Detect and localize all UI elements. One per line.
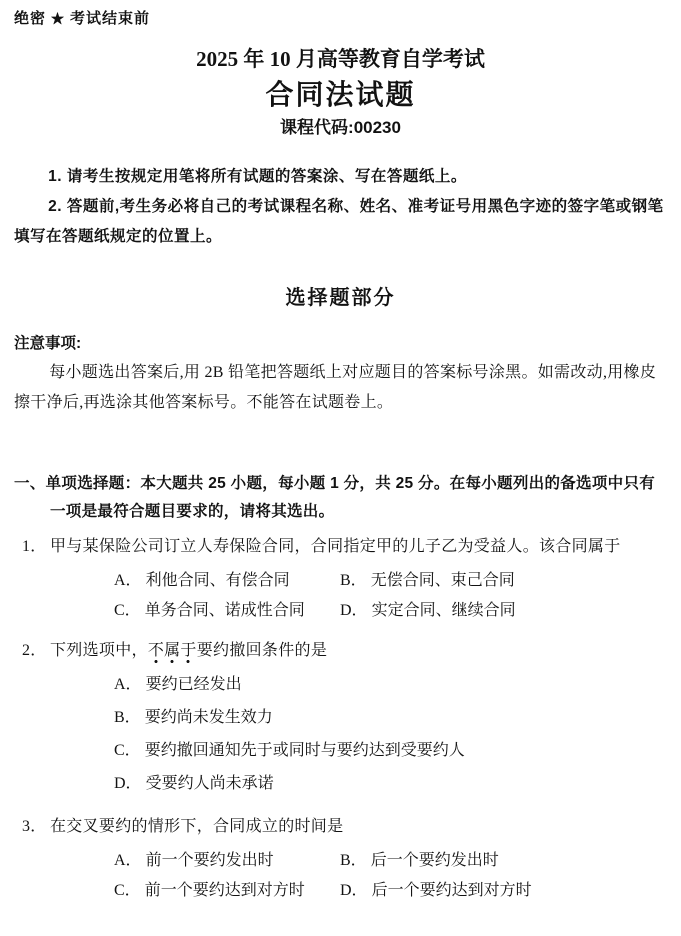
section-intro: 单项选择题：本大题共 25 小题，每小题 1 分，共 25 分。在每小题列出的备… [46,475,655,520]
course-code: 课程代码:00230 [14,116,667,140]
option-label: B． [340,572,371,589]
exam-session-title: 2025 年 10 月高等教育自学考试 [14,44,667,74]
question-2-stem-emphasized: 不属于 [148,642,197,664]
question-1-stem: 甲与某保险公司订立人寿保险合同，合同指定甲的儿子乙为受益人。该合同属于 [50,538,621,555]
option-label: D． [114,775,146,792]
notice-text: 每小题选出答案后,用 2B 铅笔把答题纸上对应题目的答案标号涂黑。如需改动,用橡… [14,358,667,418]
question-2-stem-suffix: 要约撤回条件的是 [197,642,327,659]
question-1-option-b: B．无偿合同、束己合同 [340,566,667,596]
option-text: 无偿合同、束己合同 [371,572,515,589]
question-3-option-c: C．前一个要约达到对方时 [114,876,340,906]
question-1-options: A．利他合同、有偿合同 B．无偿合同、束己合同 C．单务合同、诺成性合同 D．实… [14,566,667,626]
option-label: D． [340,882,372,899]
question-3-stem: 在交叉要约的情形下，合同成立的时间是 [50,818,343,835]
option-text: 受要约人尚未承诺 [146,775,274,792]
question-3-option-d: D．后一个要约达到对方时 [340,876,667,906]
option-text: 实定合同、继续合同 [372,602,516,619]
question-1: 1．甲与某保险公司订立人寿保险合同，合同指定甲的儿子乙为受益人。该合同属于 A．… [14,534,667,626]
question-1-option-d: D．实定合同、继续合同 [340,596,667,626]
option-label: A． [114,852,146,869]
question-2-stem-row: 2．下列选项中，不属于要约撤回条件的是 [14,638,667,664]
option-text: 前一个要约达到对方时 [145,882,305,899]
option-label: C． [114,742,145,759]
option-label: C． [114,602,145,619]
option-label: C． [114,882,145,899]
question-2-options: A．要约已经发出 B．要约尚未发生效力 C．要约撤回通知先于或同时与要约达到受要… [14,668,667,800]
option-label: A． [114,572,146,589]
question-2: 2．下列选项中，不属于要约撤回条件的是 A．要约已经发出 B．要约尚未发生效力 … [14,638,667,800]
question-3-stem-row: 3．在交叉要约的情形下，合同成立的时间是 [14,814,667,840]
general-instructions: 1. 请考生按规定用笔将所有试题的答案涂、写在答题纸上。 2. 答题前,考生务必… [14,162,667,252]
question-2-option-b: B．要约尚未发生效力 [114,701,667,734]
classification-banner: 绝密★考试结束前 [14,8,667,30]
option-label: B． [340,852,371,869]
exam-paper-page: 绝密★考试结束前 2025 年 10 月高等教育自学考试 合同法试题 课程代码:… [0,0,681,936]
option-text: 后一个要约达到对方时 [372,882,532,899]
option-text: 要约尚未发生效力 [145,709,273,726]
secret-label: 绝密 [14,10,46,27]
option-label: D． [340,602,372,619]
question-2-number: 2． [22,638,50,664]
section-marker: 一、 [14,475,46,492]
star-icon: ★ [46,11,70,26]
instruction-item-2: 2. 答题前,考生务必将自己的考试课程名称、姓名、准考证号用黑色字迹的签字笔或钢… [14,192,667,252]
question-2-option-c: C．要约撤回通知先于或同时与要约达到受要约人 [114,734,667,767]
question-3-option-b: B．后一个要约发出时 [340,846,667,876]
question-3-number: 3． [22,814,50,840]
option-text: 后一个要约发出时 [371,852,499,869]
option-text: 要约撤回通知先于或同时与要约达到受要约人 [145,742,465,759]
question-2-option-a: A．要约已经发出 [114,668,667,701]
question-2-stem-prefix: 下列选项中， [50,642,148,659]
option-label: B． [114,709,145,726]
question-1-stem-row: 1．甲与某保险公司订立人寿保险合同，合同指定甲的儿子乙为受益人。该合同属于 [14,534,667,560]
paper-title: 合同法试题 [14,76,667,114]
option-label: A． [114,676,146,693]
question-1-option-a: A．利他合同、有偿合同 [114,566,340,596]
option-text: 前一个要约发出时 [146,852,274,869]
question-2-option-d: D．受要约人尚未承诺 [114,767,667,800]
question-1-number: 1． [22,534,50,560]
choice-section-heading: 选择题部分 [14,284,667,312]
option-text: 要约已经发出 [146,676,242,693]
question-3-option-a: A．前一个要约发出时 [114,846,340,876]
notice-label: 注意事项: [14,332,667,356]
option-text: 利他合同、有偿合同 [146,572,290,589]
timing-label: 考试结束前 [70,10,150,27]
option-text: 单务合同、诺成性合同 [145,602,305,619]
question-3-options: A．前一个要约发出时 B．后一个要约发出时 C．前一个要约达到对方时 D．后一个… [14,846,667,906]
instruction-item-1: 1. 请考生按规定用笔将所有试题的答案涂、写在答题纸上。 [14,162,667,192]
section-one-heading: 一、单项选择题：本大题共 25 小题，每小题 1 分，共 25 分。在每小题列出… [14,470,667,526]
question-3: 3．在交叉要约的情形下，合同成立的时间是 A．前一个要约发出时 B．后一个要约发… [14,814,667,906]
question-1-option-c: C．单务合同、诺成性合同 [114,596,340,626]
